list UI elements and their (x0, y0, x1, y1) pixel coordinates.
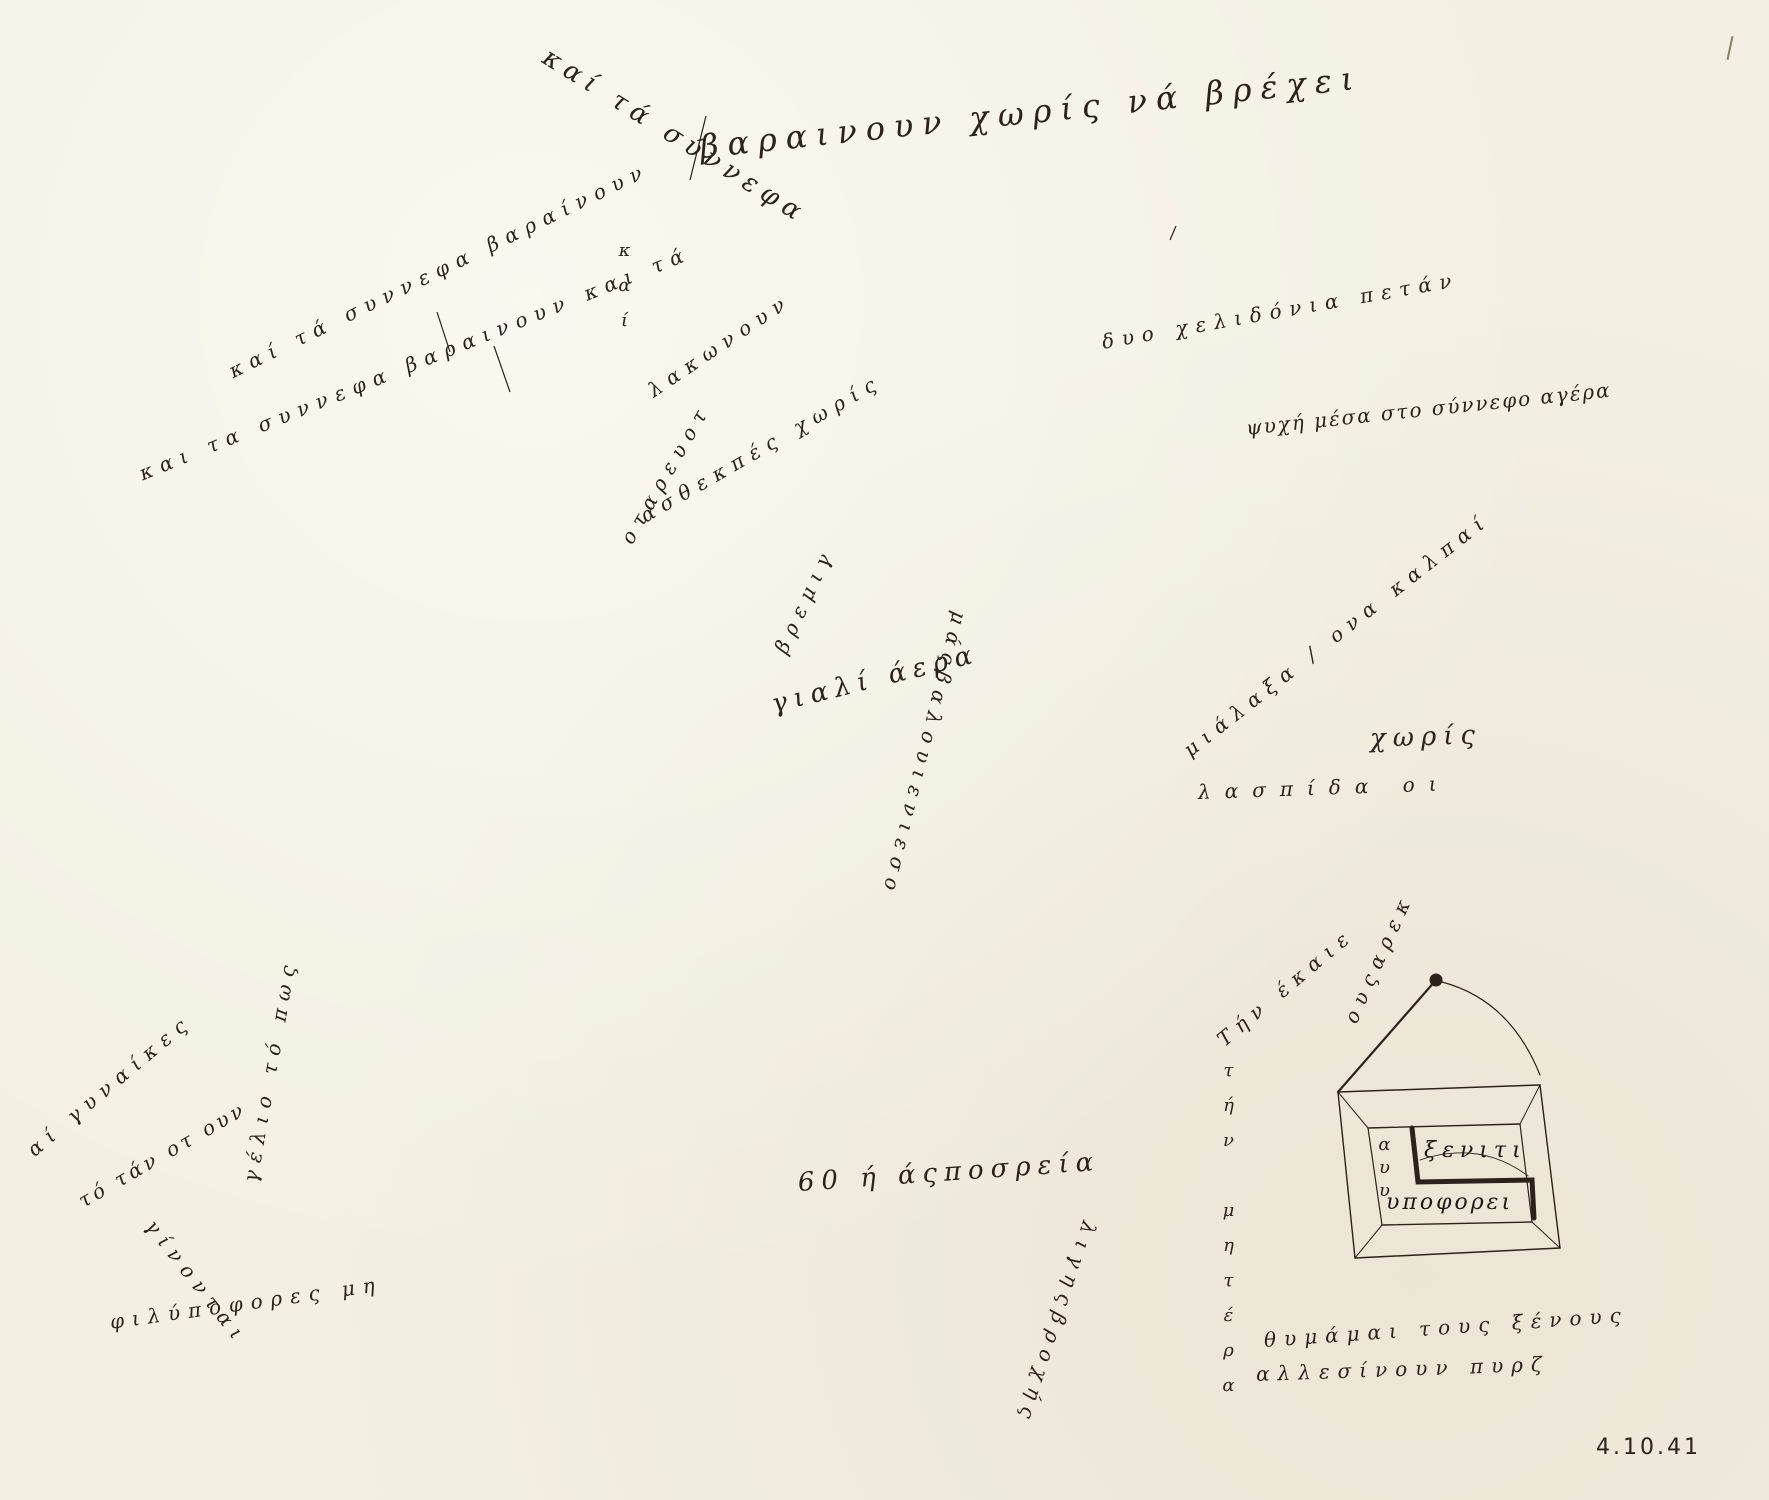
ink-drawing (0, 0, 1769, 1500)
text-vertical-kai: καί (614, 240, 635, 345)
text-choris: χωρίς (1369, 720, 1482, 754)
text-tin-mitera: τήν μητέρα (1218, 1060, 1239, 1410)
slash-marks (437, 116, 1176, 392)
house-drawing (1338, 974, 1560, 1258)
date-signature: 4.10.41 (1596, 1435, 1701, 1460)
sign-text-top: ξενιτι (1424, 1138, 1527, 1163)
sign-text-bottom: υποφορει (1386, 1190, 1513, 1215)
